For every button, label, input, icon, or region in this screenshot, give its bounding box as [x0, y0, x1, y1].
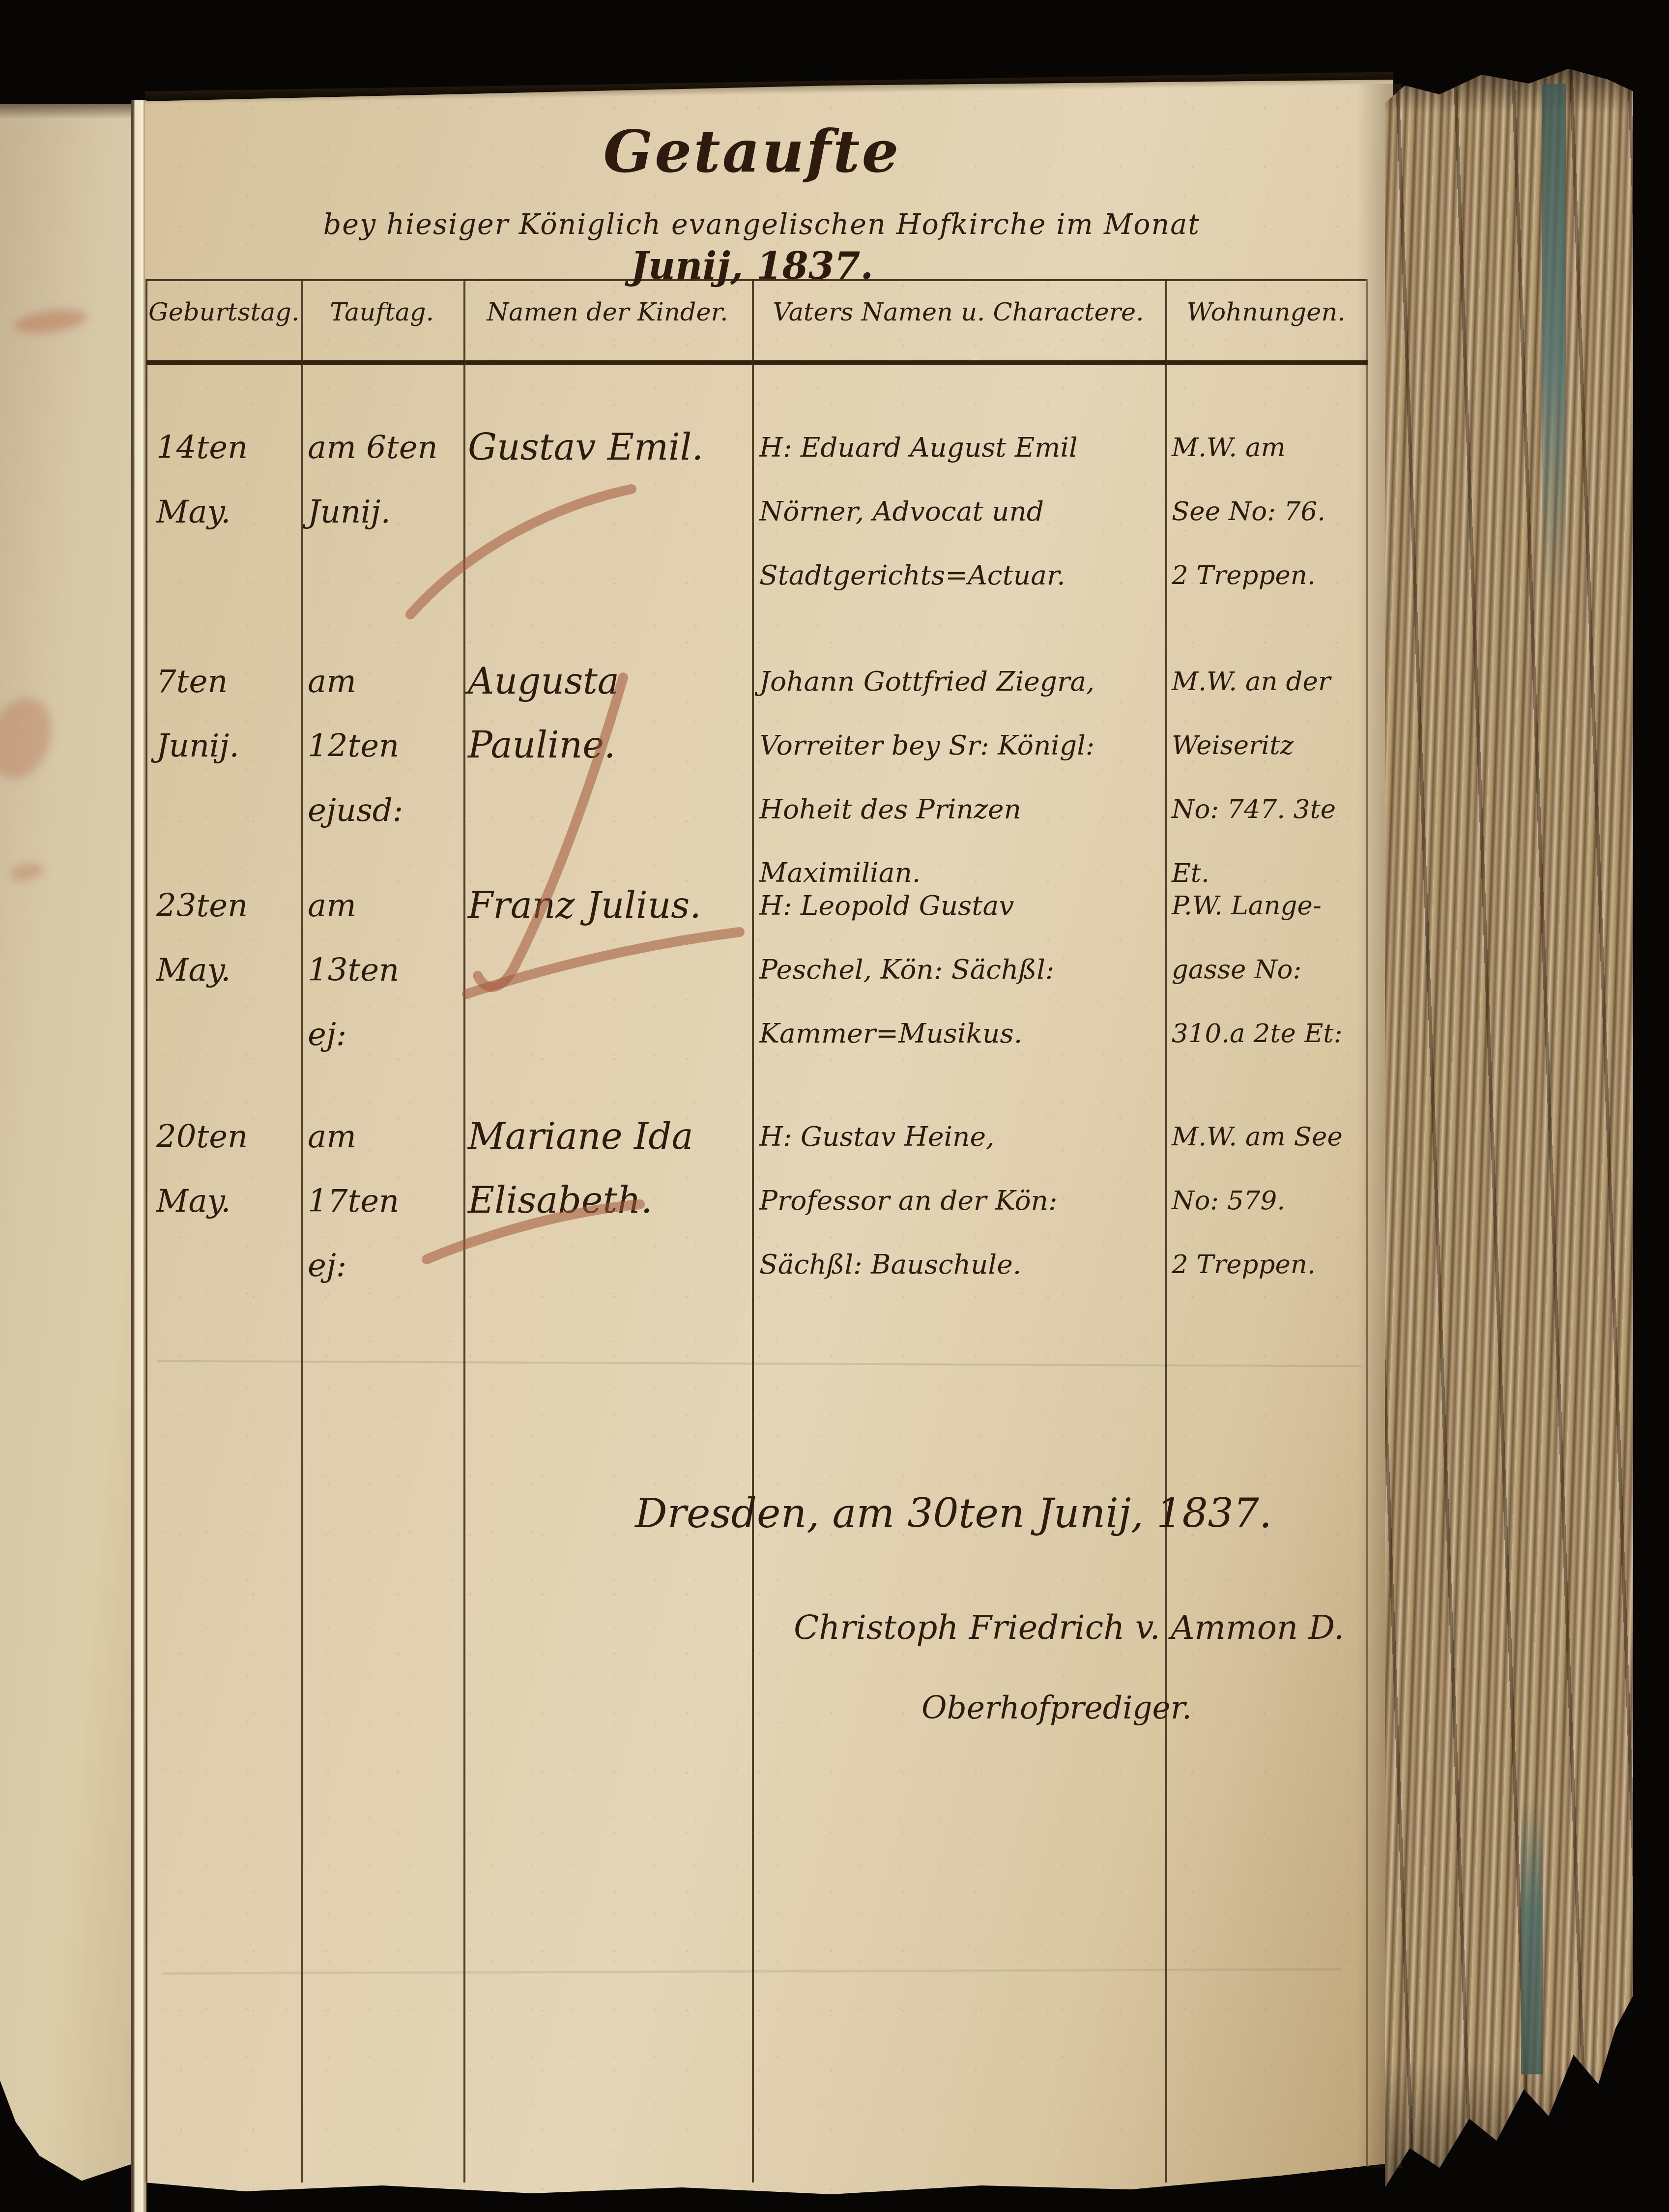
red-check-stroke: [478, 677, 623, 987]
red-check-stroke: [410, 489, 632, 614]
red-check-stroke: [427, 1204, 640, 1259]
red-check-stroke: [467, 932, 740, 994]
scanned-register-photo: Getaufte bey hiesiger Königlich evangeli…: [0, 0, 1669, 2212]
red-pencil-strokes: [0, 0, 1669, 2212]
